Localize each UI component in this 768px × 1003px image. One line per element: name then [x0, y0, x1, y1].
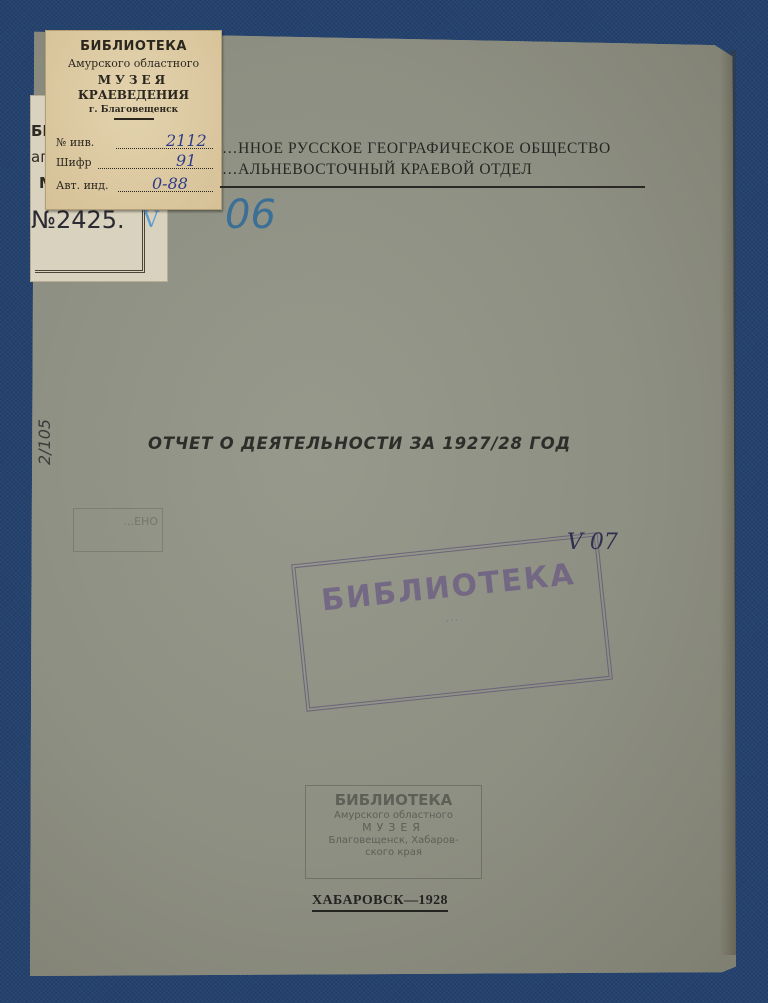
stamp-handwritten-note: V 07 — [567, 530, 618, 555]
cipher-field: Шифр 91 — [56, 153, 213, 171]
faint-stamp: …ЕНО — [73, 508, 163, 552]
header-rule — [220, 186, 645, 188]
label-line: Амурского областного — [46, 57, 221, 70]
inventory-field: № инв. 2112 — [56, 133, 213, 151]
imprint: ХАБАРОВСК—1928 — [312, 893, 448, 912]
field-value: 0-88 — [152, 174, 188, 193]
front-library-label: БИБЛИОТЕКА Амурского областного МУЗЕЯ КР… — [45, 30, 222, 210]
report-title: ОТЧЕТ О ДЕЯТЕЛЬНОСТИ ЗА 1927/28 ГОД — [148, 434, 618, 453]
label-city: г. Благовещенск — [46, 105, 221, 115]
field-value: 2112 — [166, 131, 207, 150]
label-line: КРАЕВЕДЕНИЯ — [46, 88, 221, 102]
stamp-line: ского края — [306, 847, 481, 858]
society-line-2: …АЛЬНЕВОСТОЧНЫЙ КРАЕВОЙ ОТДЕЛ — [222, 159, 652, 180]
label-title: БИБЛИОТЕКА — [46, 39, 221, 54]
stamp-line: Амурского областного — [306, 810, 481, 821]
margin-handwritten-note: 2/105 — [35, 419, 54, 465]
field-value: 91 — [176, 151, 196, 170]
museum-library-stamp: БИБЛИОТЕКА Амурского областного МУЗЕЯ Бл… — [305, 785, 482, 879]
field-label: Шифр — [56, 156, 92, 169]
label-line: МУЗЕЯ — [46, 73, 221, 87]
stamp-line: Благовещенск, Хабаров- — [306, 835, 481, 846]
author-index-field: Авт. инд. 0-88 — [56, 176, 213, 194]
label-rule — [114, 118, 154, 120]
stamp-title: БИБЛИОТЕКА — [306, 791, 481, 809]
field-label: № инв. — [56, 136, 94, 149]
field-label: Авт. инд. — [56, 179, 109, 192]
handwritten-note: 06 — [225, 192, 276, 238]
society-line-1: …ННОЕ РУССКОЕ ГЕОГРАФИЧЕСКОЕ ОБЩЕСТВО — [222, 138, 652, 159]
inventory-number: №2425. — [31, 206, 125, 234]
check-mark: V — [143, 208, 159, 233]
society-header: …ННОЕ РУССКОЕ ГЕОГРАФИЧЕСКОЕ ОБЩЕСТВО …А… — [222, 138, 652, 180]
stamp-line: МУЗЕЯ — [306, 821, 481, 834]
